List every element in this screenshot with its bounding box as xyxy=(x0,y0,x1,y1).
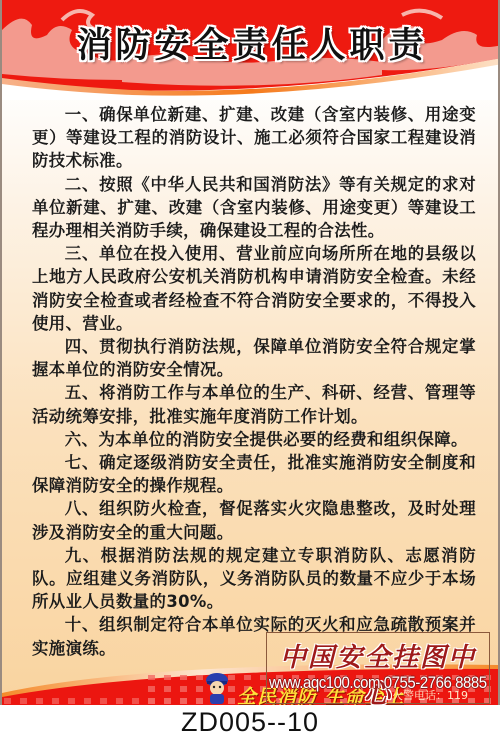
firefighter-mascot-icon xyxy=(202,672,232,704)
responsibility-item: 九、根据消防法规的规定建立专职消防队、志愿消防队。应组建义务消防队，义务消防队员… xyxy=(32,544,476,614)
responsibility-item: 三、单位在投入使用、营业前应向场所所在地的县级以上地方人民政府公安机关消防机构申… xyxy=(32,242,476,335)
publisher-watermark: 中国安全挂图中心 www.aqc100.com 0755-2766 8885 xyxy=(266,632,490,704)
responsibility-item: 八、组织防火检查，督促落实火灾隐患整改，及时处理涉及消防安全的重大问题。 xyxy=(32,497,476,543)
responsibility-item: 六、为本单位的消防安全提供必要的经费和组织保障。 xyxy=(32,428,476,451)
responsibility-item: 五、将消防工作与本单位的生产、科研、经营、管理等活动统筹安排，批准实施年度消防工… xyxy=(32,381,476,427)
responsibility-item: 二、按照《中华人民共和国消防法》等有关规定的求对单位新建、扩建、改建（含室内装修… xyxy=(32,173,476,243)
poster-title: 消防安全责任人职责 xyxy=(2,18,500,68)
product-code: ZD005--10 xyxy=(0,707,500,738)
responsibility-item: 七、确定逐级消防安全责任，批准实施消防安全制度和保障消防安全的操作规程。 xyxy=(32,451,476,497)
responsibility-item: 一、确保单位新建、扩建、改建（含室内装修、用途变更）等建设工程的消防设计、施工必… xyxy=(32,103,476,173)
fire-safety-poster: 消防安全责任人职责 一、确保单位新建、扩建、改建（含室内装修、用途变更）等建设工… xyxy=(0,0,500,705)
publisher-contact: www.aqc100.com 0755-2766 8885 xyxy=(269,673,464,693)
poster-header: 消防安全责任人职责 xyxy=(2,0,500,100)
responsibility-item: 四、贯彻执行消防法规，保障单位消防安全符合规定掌握本单位的消防安全情况。 xyxy=(32,335,476,381)
responsibilities-list: 一、确保单位新建、扩建、改建（含室内装修、用途变更）等建设工程的消防设计、施工必… xyxy=(32,103,476,660)
